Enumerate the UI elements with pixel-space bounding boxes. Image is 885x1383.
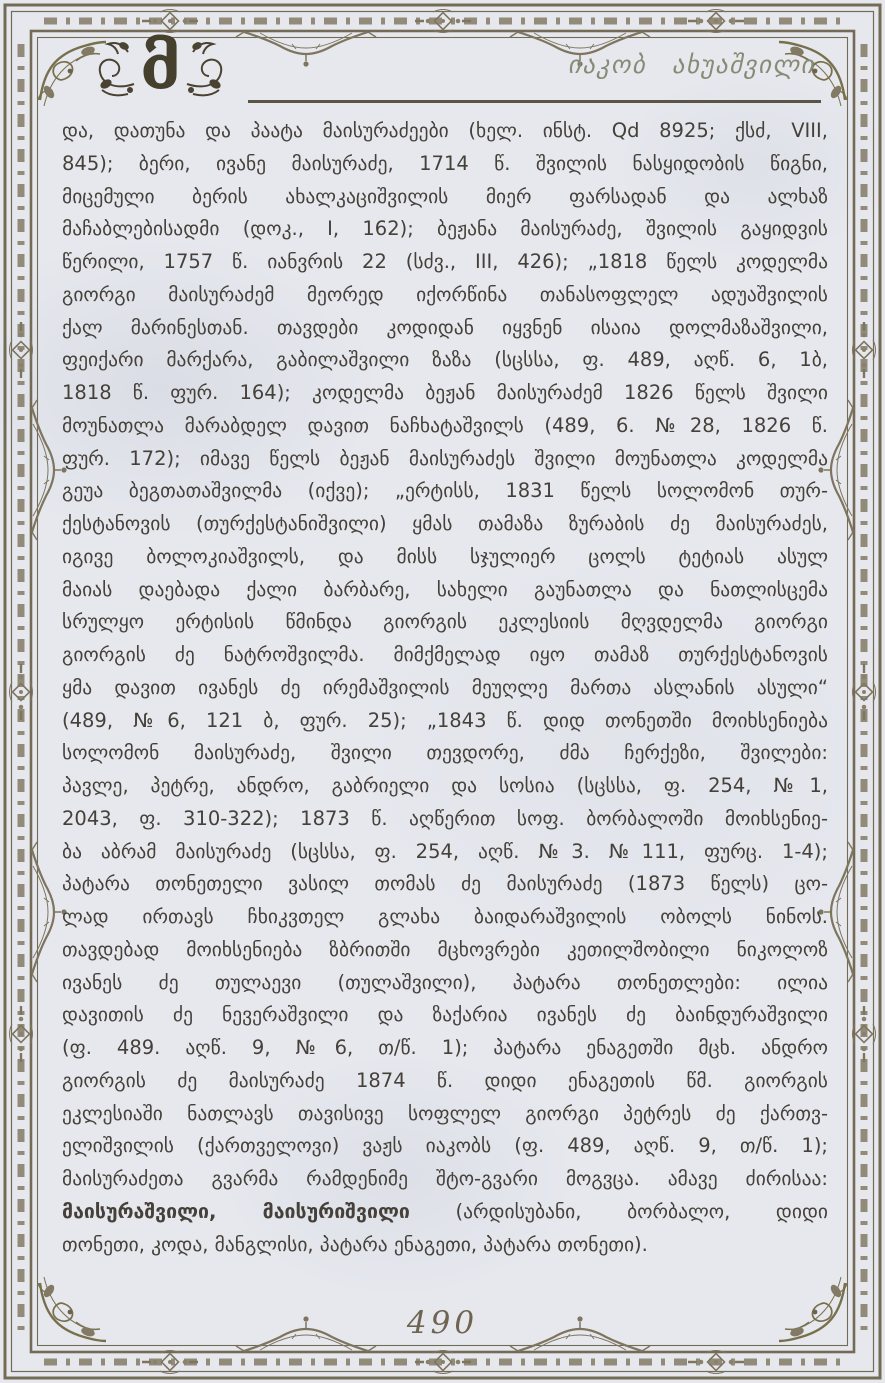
floral-flourish-icon	[183, 32, 227, 104]
text-line: ყმა დავით ივანეს ძე ირემაშვილის მეუღლე მ…	[62, 672, 828, 705]
header-rule	[248, 100, 821, 103]
text-line: მაისურაშვილი, მაისურიშვილი (არდისუბანი, …	[62, 1196, 828, 1229]
text-line: ელიშვილის (ქართველოვი) ვაჟს იაკობს (ფ. 4…	[62, 1130, 828, 1163]
text-line: 845); ბერი, ივანე მაისურაძე, 1714 წ. შვი…	[62, 148, 828, 181]
text-line: ქესტანოვის (თურქესტანიშვილი) ყმას თამაზა…	[62, 508, 828, 541]
text-line: მოუნათლა მარაბდელ დავით ნაჩხატაშვილს (48…	[62, 410, 828, 443]
text-line: გიორგი მაისურაძემ მეორედ იქორწინა თანასო…	[62, 279, 828, 312]
text-line: (ფ. 489. აღწ. 9, №6, თ/წ. 1); პატარა ენა…	[62, 1032, 828, 1065]
text-line: პავლე, პეტრე, ანდრო, გაბრიელი და სოსია (…	[62, 770, 828, 803]
section-monogram: მ	[94, 32, 227, 104]
text-line: 1818 წ. ფურ. 164); კოდელმა ბეჟან მაისურა…	[62, 377, 828, 410]
text-line: სრულყო ერტისის წმინდა გიორგის ეკლესიის მ…	[62, 606, 828, 639]
text-line: ივანეს ძე თულაევი (თულაშვილი), პატარა თო…	[62, 967, 828, 1000]
text-line: ფურ. 172); იმავე წელს ბეჟან მაისურაძეს შ…	[62, 443, 828, 476]
text-line: გიორგის ძე ნატროშვილმა. მიმქმელად იყო თა…	[62, 639, 828, 672]
text-line: მაიას დაებადა ქალი ბარბარე, სახელი გაუნა…	[62, 574, 828, 607]
author-name: იაკობ ახუაშვილი	[568, 50, 815, 79]
text-line: პატარა თონეთელი ვასილ თომას ძე მაისურაძე…	[62, 868, 828, 901]
section-letter: მ	[140, 33, 181, 103]
text-line: ბა აბრამ მაისურაძე (სცსსა, ფ. 254, აღწ. …	[62, 836, 828, 869]
body-text: და, დათუნა და პაატა მაისურაძეები (ხელ. ი…	[62, 115, 828, 1261]
text-line: (489, №6, 121 ბ, ფურ. 25); „1843 წ. დიდ …	[62, 705, 828, 738]
text-line: ეკლესიაში ნათლავს თავისივე სოფლელ გიორგი…	[62, 1098, 828, 1131]
text-line: გიორგის ძე მაისურაძე 1874 წ. დიდი ენაგეთ…	[62, 1065, 828, 1098]
text-line: იგივე ბოლოკიაშვილს, და მისს სჯულიერ ცოლს…	[62, 541, 828, 574]
text-line: გეუა ბეგთათაშვილმა (იქვე); „ერტისს, 1831…	[62, 475, 828, 508]
text-line: ქალ მარინესთან. თავდები კოდიდან იყვნენ ი…	[62, 312, 828, 345]
text-line: ლად ირთავს ჩხიკვთელ გლახა ბაიდარაშვილის …	[62, 901, 828, 934]
text-line: თავდებად მოიხსენიება ზბრითში მცხოვრები კ…	[62, 934, 828, 967]
text-line: ფეიქარი მარქარა, გაბილაშვილი ზაზა (სცსსა…	[62, 344, 828, 377]
page-number: 490	[0, 1305, 885, 1341]
text-line: წერილი, 1757 წ. იანვრის 22 (სძვ., III, 4…	[62, 246, 828, 279]
floral-flourish-icon	[94, 32, 138, 104]
text-line: 2043, ფ. 310-322); 1873 წ. აღწერით სოფ. …	[62, 803, 828, 836]
page-header: მ იაკობ ახუაშვილი	[60, 34, 829, 112]
text-line: სოლომონ მაისურაძე, შვილი თევდორე, ძმა ჩე…	[62, 737, 828, 770]
text-line: დავითის ძე ნევერაშვილი და ზაქარია ივანეს…	[62, 999, 828, 1032]
scanned-book-page: { "page": { "number": "490" }, "header":…	[0, 0, 885, 1383]
text-line: მიცემული ბერის ახალკაციშვილის მიერ ფარსა…	[62, 181, 828, 214]
text-line: და, დათუნა და პაატა მაისურაძეები (ხელ. ი…	[62, 115, 828, 148]
text-line: მაჩაბლებისადმი (დოკ., I, 162); ბეჟანა მა…	[62, 213, 828, 246]
text-line: მაისურაძეთა გვარმა რამდენიმე შტო-გვარი მ…	[62, 1163, 828, 1196]
text-line: თონეთი, კოდა, მანგლისი, პატარა ენაგეთი, …	[62, 1229, 828, 1262]
